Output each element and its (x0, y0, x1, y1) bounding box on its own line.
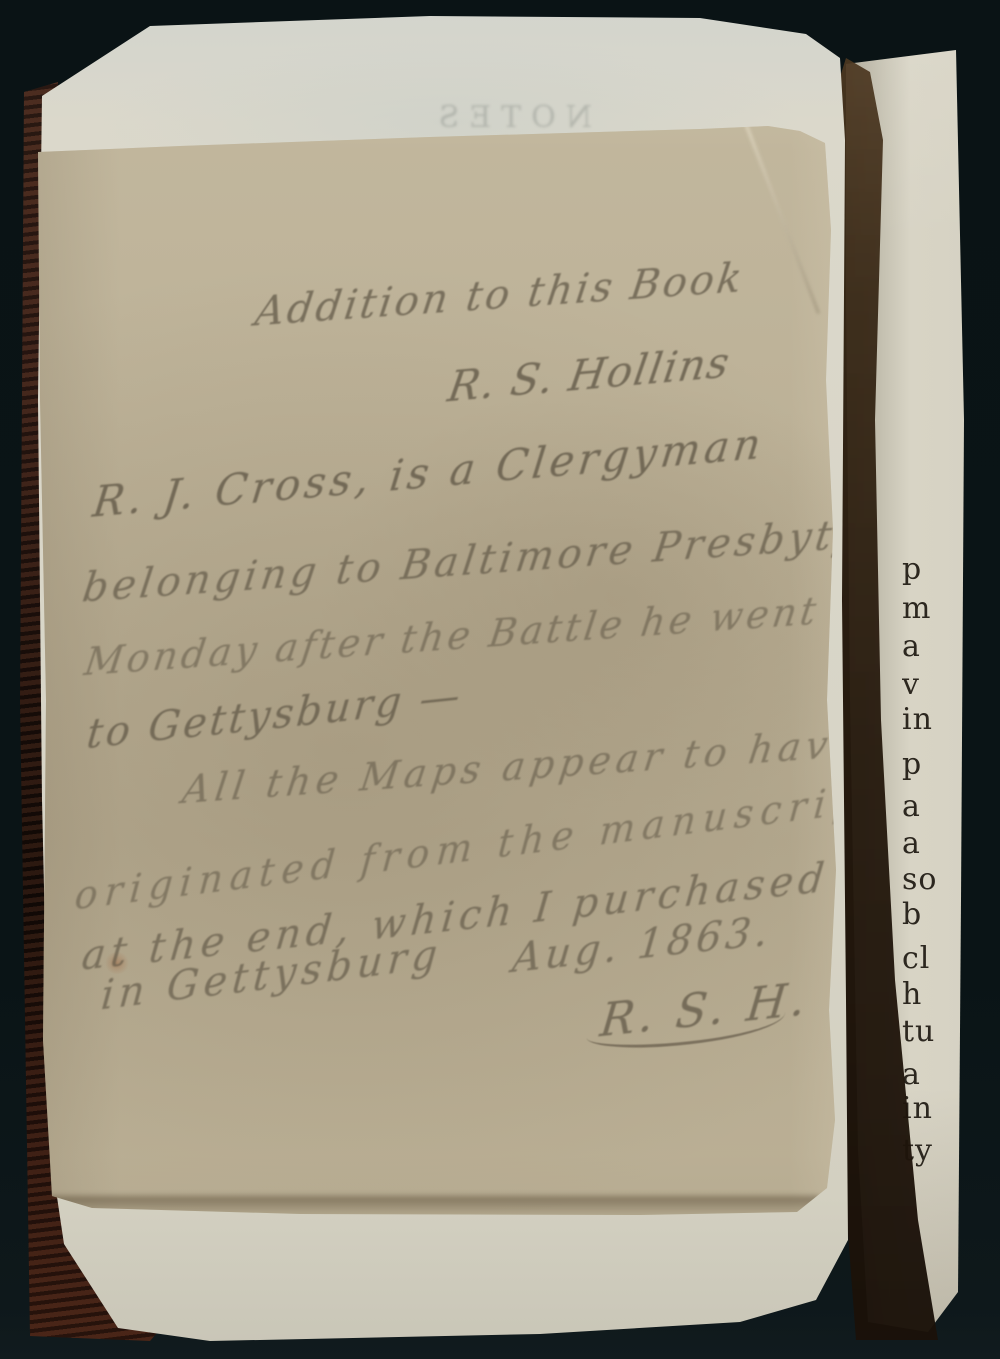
printed-letter: p (902, 747, 936, 785)
ghost-title-showthrough: NOTES (382, 100, 592, 135)
printed-letter: cl (902, 941, 936, 979)
printed-letter: tu (902, 1014, 936, 1052)
printed-letter: a (902, 789, 936, 827)
printed-letter: v (902, 667, 936, 705)
handwriting-line: to Gettysburg — (85, 672, 465, 758)
book-photo: p m a v in p a a so b cl h tu a in ty NO… (0, 0, 1000, 1359)
printed-letter: in (902, 702, 936, 740)
printed-letter: a (902, 826, 936, 864)
handwriting-line: R. J. Cross, is a Clergyman (90, 418, 767, 526)
printed-letter: a (902, 1057, 936, 1095)
printed-letter: a (902, 629, 936, 667)
handwriting-line: R. S. Hollins (445, 337, 734, 412)
handwriting-line: Addition to this Book (252, 255, 747, 336)
printed-letter: b (902, 897, 936, 935)
printed-letter: m (902, 591, 936, 629)
printed-letter: p (902, 552, 936, 590)
printed-letter: so (902, 862, 936, 900)
printed-letter: h (902, 977, 936, 1015)
